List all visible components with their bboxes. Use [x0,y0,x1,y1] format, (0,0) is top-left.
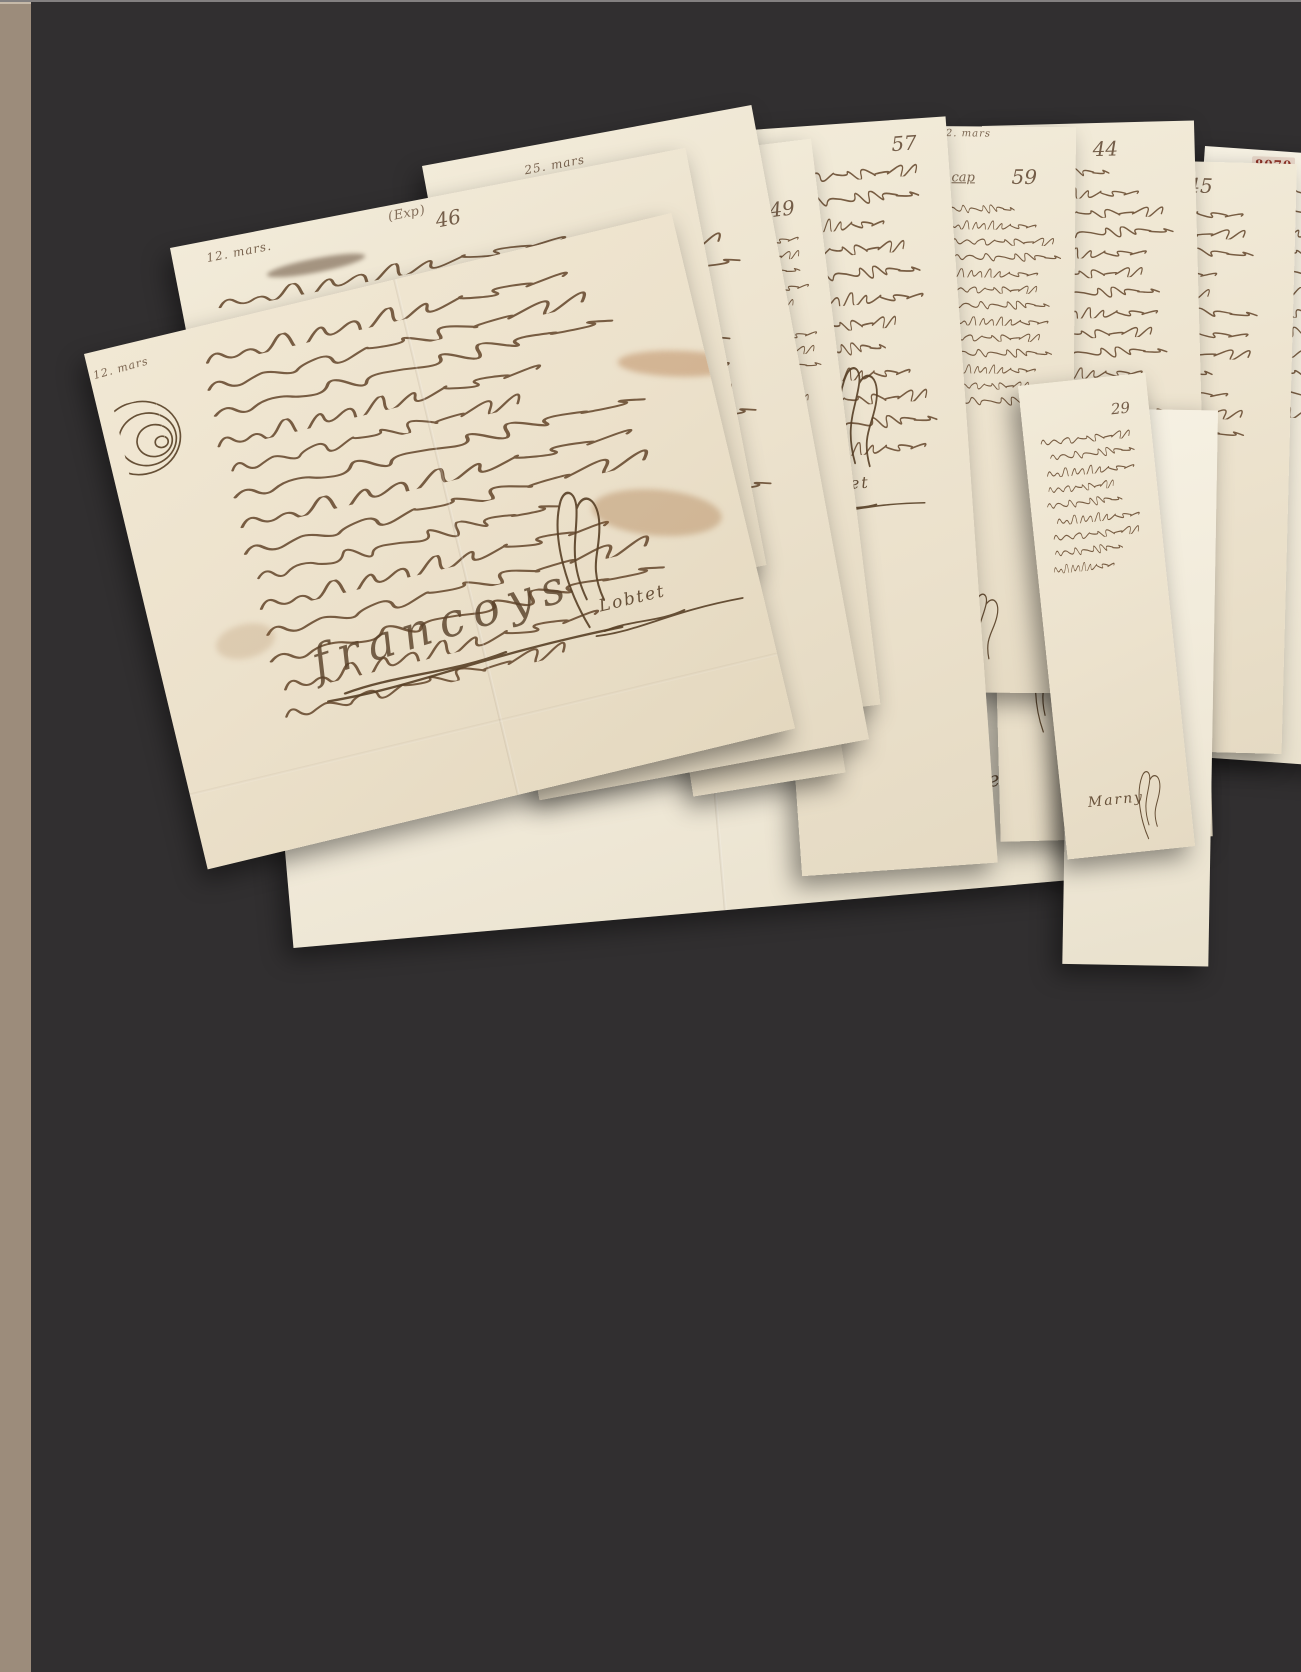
photograph-of-letters: 8070 Lobtet 45 Gedoyn 44 2. mars cap 59 [0,0,1301,1672]
date-note: 12. mars. [205,239,273,265]
handwriting-line [947,284,1046,294]
page-number: 29 [1110,398,1131,418]
handwriting-line [1046,459,1143,478]
handwriting-line [1048,478,1121,495]
date-note: 12. mars [92,354,150,382]
handwriting-line [953,252,1072,262]
handwriting-line [1049,443,1143,462]
docket-mark: Exp [387,203,426,225]
page-top-edge [0,0,1301,2]
left-margin-stripe [0,0,31,1672]
handwriting-line [947,220,1045,230]
handwriting-line [1053,558,1121,574]
handwriting-line [950,300,1059,310]
chapter-mark: cap [951,170,974,185]
initial-flourish [113,387,214,488]
page-number: 59 [1011,165,1037,189]
handwriting-line [950,364,1044,374]
handwriting-line [1054,541,1130,558]
date-note: 2. mars [946,128,991,139]
page-number: 44 [1092,136,1118,161]
handwriting-line [1056,507,1148,526]
handwriting-line [946,348,1063,358]
handwriting-line [952,316,1057,326]
page-number: 57 [890,130,917,156]
handwriting-line [1046,493,1130,511]
handwriting-line [1053,523,1148,542]
handwriting-block [191,242,750,724]
handwriting-line [940,204,1022,214]
handwriting-line [951,236,1064,246]
handwriting-block [1038,428,1154,575]
page-number: 46 [433,204,463,232]
handwriting-line [1040,428,1139,447]
